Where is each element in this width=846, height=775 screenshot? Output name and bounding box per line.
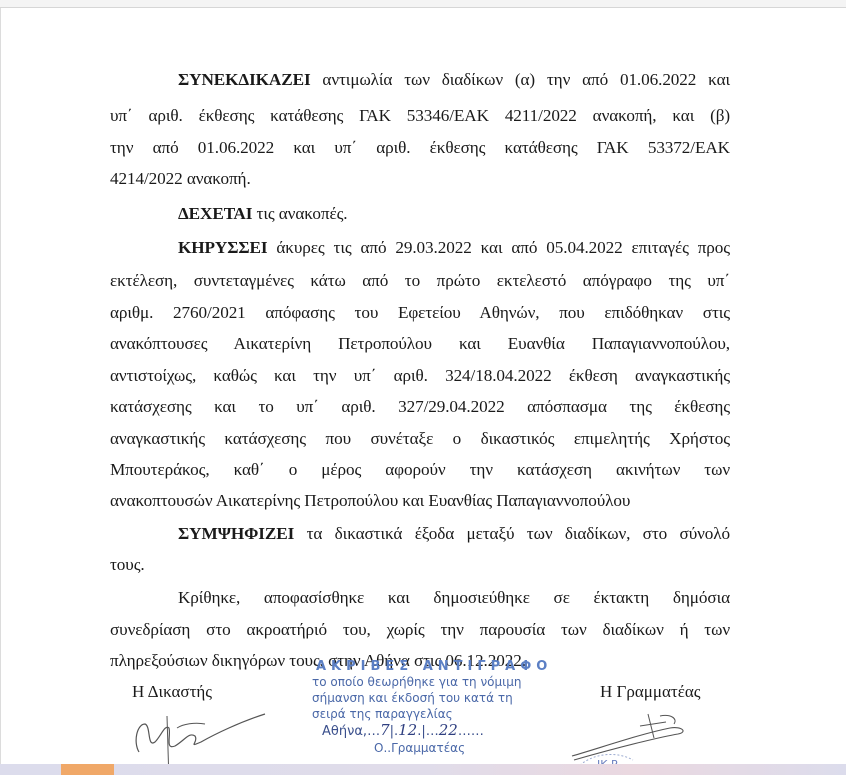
line-text: Κρίθηκε, αποφασίσθηκε και δημοσιεύθηκε σ… — [178, 588, 730, 607]
bold-keyword: ΣΥΝΕΚΔΙΚΑΖΕΙ — [178, 70, 311, 89]
bold-keyword: ΚΗΡΥΣΣΕΙ — [178, 238, 267, 257]
text-line: 4214/2022 ανακοπή. — [110, 169, 730, 189]
line-text: τις ανακοπές. — [252, 204, 347, 223]
text-line: συνεδρίαση στο ακροατήριό του, χωρίς την… — [110, 620, 730, 640]
text-line: Κρίθηκε, αποφασίσθηκε και δημοσιεύθηκε σ… — [178, 588, 730, 608]
line-text: 4214/2022 ανακοπή. — [110, 169, 251, 188]
text-line: ανακόπτουσες Αικατερίνη Πετροπούλου και … — [110, 334, 730, 354]
stamp-line: σήμανση και έκδοσή του κατά τη — [312, 690, 572, 706]
taskbar-strip — [0, 764, 846, 775]
line-text: άκυρες τις από 29.03.2022 και από 05.04.… — [267, 238, 730, 257]
text-line: ΔΕΧΕΤΑΙ τις ανακοπές. — [178, 204, 730, 224]
taskbar-active-indicator[interactable] — [61, 764, 114, 775]
text-line: ΣΥΝΕΚΔΙΚΑΖΕΙ αντιμωλία των διαδίκων (α) … — [178, 70, 730, 90]
text-line: Μπουτεράκος, καθ΄ ο μέρος αφορούν την κα… — [110, 460, 730, 480]
text-line: αντιστοίχως, καθώς και την υπ΄ αριθ. 324… — [110, 366, 730, 386]
stamp-date-month: 12 — [398, 721, 417, 739]
text-line: εκτέλεση, συντεταγμένες κάτω από το πρώτ… — [110, 271, 730, 291]
line-text: αντιμωλία των διαδίκων (α) την από 01.06… — [311, 70, 730, 89]
text-line: υπ΄ αριθ. έκθεσης κατάθεσης ΓΑΚ 53346/ΕΑ… — [110, 106, 730, 126]
line-text: εκτέλεση, συντεταγμένες κάτω από το πρώτ… — [110, 271, 730, 290]
line-text: τους. — [110, 555, 145, 574]
line-text: συνεδρίαση στο ακροατήριό του, χωρίς την… — [110, 620, 730, 639]
line-text: τα δικαστικά έξοδα μεταξύ των διαδίκων, … — [294, 524, 730, 543]
document-page: ΣΥΝΕΚΔΙΚΑΖΕΙ αντιμωλία των διαδίκων (α) … — [0, 8, 846, 764]
text-line: ανακοπτουσών Αικατερίνης Πετροπούλου και… — [110, 491, 730, 511]
judge-label: Η Δικαστής — [132, 682, 212, 702]
line-text: κατάσχεσης και το υπ΄ αριθ. 327/29.04.20… — [110, 397, 730, 416]
stamp-date: Αθήνα,…7|.12.|…22…… — [322, 722, 572, 740]
bold-keyword: ΔΕΧΕΤΑΙ — [178, 204, 252, 223]
line-text: αριθμ. 2760/2021 απόφασης του Εφετείου Α… — [110, 303, 730, 322]
stamp-city: Αθήνα, — [322, 724, 367, 739]
stamp-date-year: 22 — [439, 721, 458, 739]
text-line: την από 01.06.2022 και υπ΄ αριθ. έκθεσης… — [110, 138, 730, 158]
line-text: ανακόπτουσες Αικατερίνη Πετροπούλου και … — [110, 334, 730, 353]
text-line: ΚΗΡΥΣΣΕΙ άκυρες τις από 29.03.2022 και α… — [178, 238, 730, 258]
line-text: την από 01.06.2022 και υπ΄ αριθ. έκθεσης… — [110, 138, 730, 157]
line-text: ανακοπτουσών Αικατερίνης Πετροπούλου και… — [110, 491, 630, 510]
text-line: κατάσχεσης και το υπ΄ αριθ. 327/29.04.20… — [110, 397, 730, 417]
stamp-header: ΑΚΡΙΒΕΣ ΑΝΤΙΓΡΑΦΟ — [316, 659, 572, 674]
certified-copy-stamp: ΑΚΡΙΒΕΣ ΑΝΤΙΓΡΑΦΟ το οποίο θεωρήθηκε για… — [312, 659, 572, 756]
line-text: αντιστοίχως, καθώς και την υπ΄ αριθ. 324… — [110, 366, 730, 385]
viewer-top-bar — [0, 0, 846, 8]
stamp-line: το οποίο θεωρήθηκε για τη νόμιμη — [312, 674, 572, 690]
stamp-line: σειρά της παραγγελίας — [312, 706, 572, 722]
line-text: υπ΄ αριθ. έκθεσης κατάθεσης ΓΑΚ 53346/ΕΑ… — [110, 106, 730, 125]
text-line: τους. — [110, 555, 730, 575]
stamp-date-day: 7 — [380, 721, 390, 739]
line-text: αναγκαστικής κατάσχεσης που συνέταξε ο δ… — [110, 429, 730, 448]
text-line: ΣΥΜΨΗΦΙΖΕΙ τα δικαστικά έξοδα μεταξύ των… — [178, 524, 730, 544]
text-line: αριθμ. 2760/2021 απόφασης του Εφετείου Α… — [110, 303, 730, 323]
line-text: Μπουτεράκος, καθ΄ ο μέρος αφορούν την κα… — [110, 460, 730, 479]
text-line: αναγκαστικής κατάσχεσης που συνέταξε ο δ… — [110, 429, 730, 449]
clerk-label: Η Γραμματέας — [600, 682, 701, 702]
bold-keyword: ΣΥΜΨΗΦΙΖΕΙ — [178, 524, 294, 543]
stamp-clerk: Ο..Γραμματέας — [374, 740, 572, 756]
